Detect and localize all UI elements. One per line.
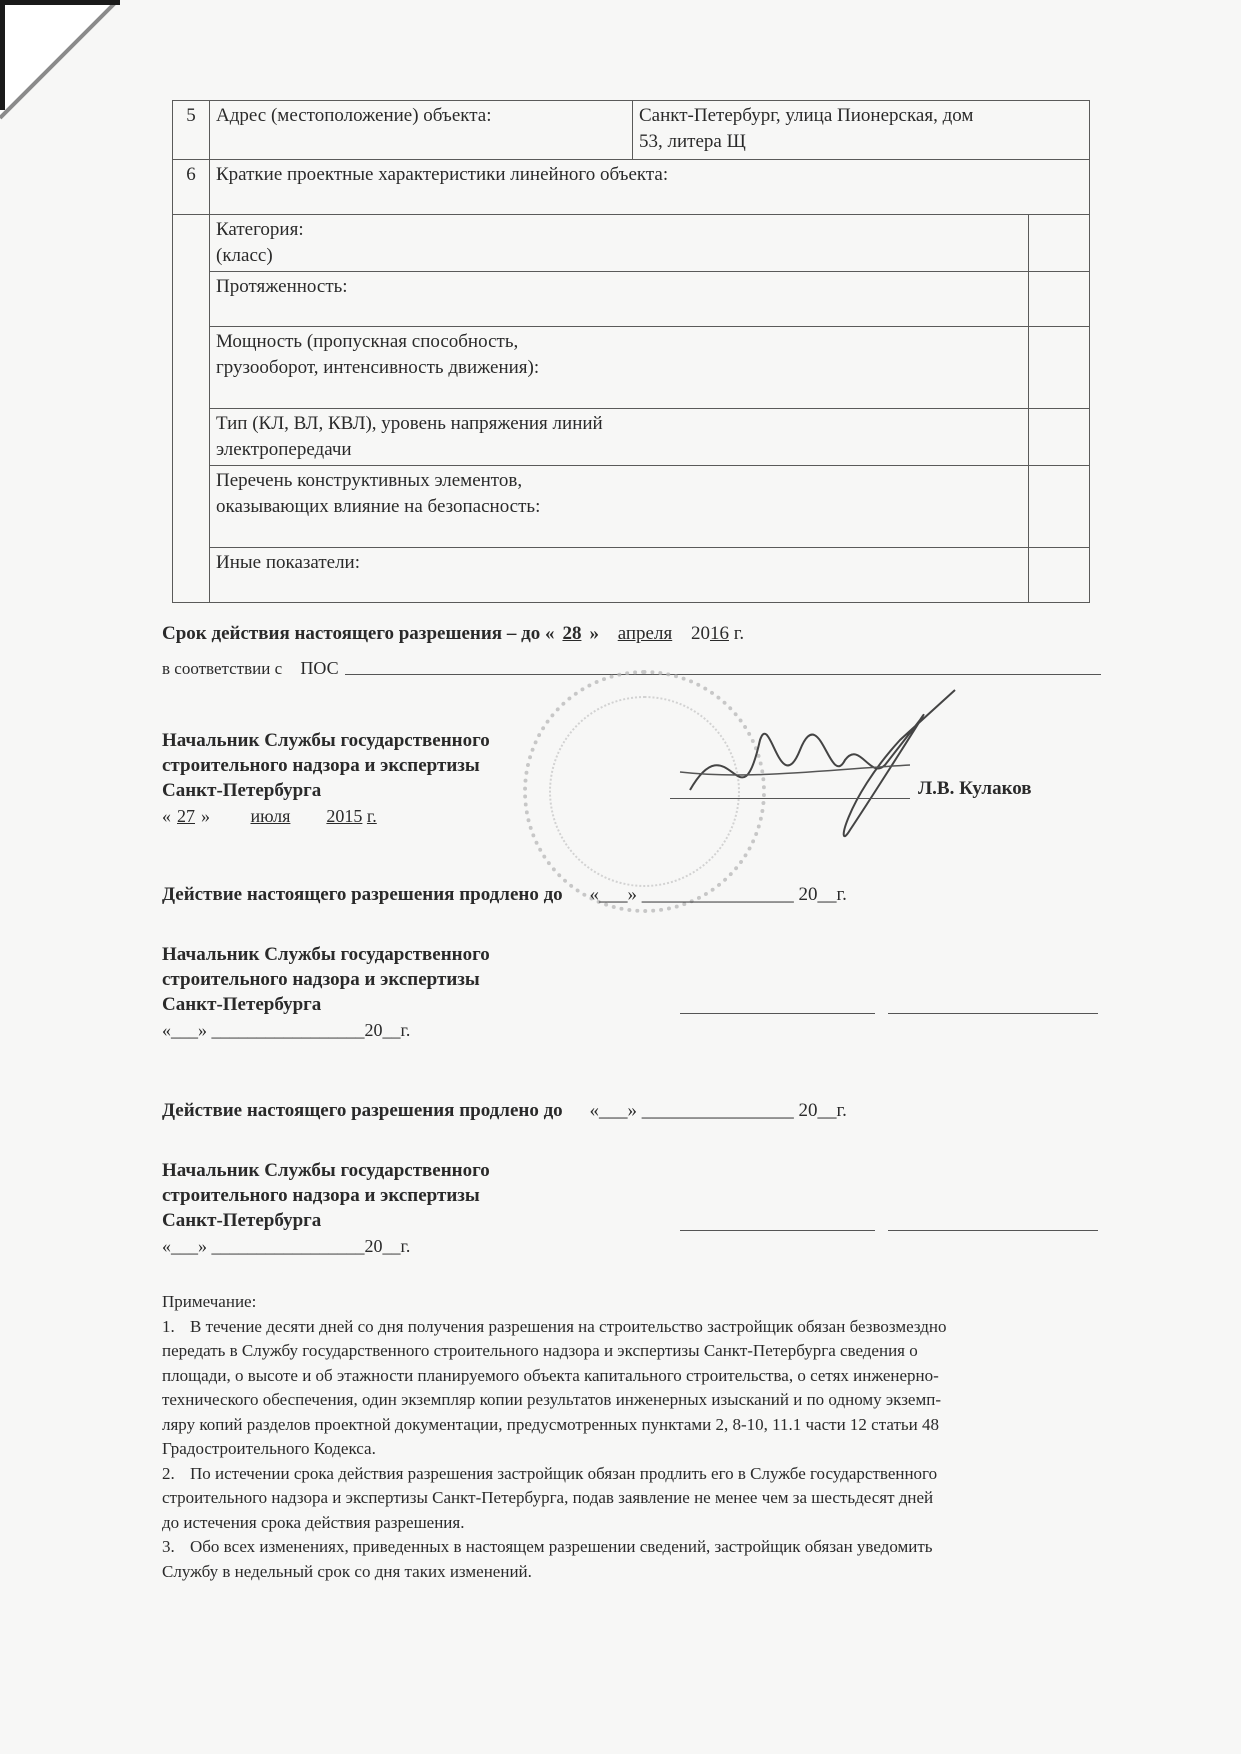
table-row: Мощность (пропускная способность,грузооб… [173,327,1090,409]
characteristic-label: Категория:(класс) [210,215,1029,272]
extension-name-line-1 [888,1013,1098,1014]
extension-statement-2: Действие настоящего разрешения продлено … [162,1100,847,1122]
extension-signer-title-1: Начальник Службы государственного строит… [162,942,490,1017]
accordance-underline [345,674,1101,675]
characteristic-value [1028,409,1089,466]
permit-page: 5 Адрес (местоположение) объекта: Санкт-… [0,0,1241,1754]
validity-statement: Срок действия настоящего разрешения – до… [162,622,744,646]
extension-statement-1: Действие настоящего разрешения продлено … [162,884,847,906]
validity-year: 16 [710,623,729,644]
table-row: Иные показатели: [173,548,1090,603]
characteristic-value [1028,272,1089,327]
characteristic-label: Перечень конструктивных элементов,оказыв… [210,466,1029,548]
folded-corner-icon [0,0,120,120]
signer-name: Л.В. Кулаков [918,778,1032,800]
characteristic-value [1028,215,1089,272]
table-row: Протяженность: [173,272,1090,327]
characteristic-label: Протяженность: [210,272,1029,327]
extension-signature-line-2 [680,1230,875,1231]
permit-characteristics-table: 5 Адрес (местоположение) объекта: Санкт-… [172,100,1090,603]
signature-icon [670,680,960,860]
signer-title: Начальник Службы государственного строит… [162,728,490,803]
extension-sign-date-1: «___» _________________20__г. [162,1020,410,1041]
accordance-statement: в соответствии с ПОС [162,656,339,681]
row-label: Адрес (местоположение) объекта: [210,101,633,160]
row-number: 6 [173,160,210,215]
extension-signer-title-2: Начальник Службы государственного строит… [162,1158,490,1233]
accordance-value: ПОС [286,658,338,678]
characteristic-value [1028,327,1089,409]
table-row: Тип (КЛ, ВЛ, КВЛ), уровень напряжения ли… [173,409,1090,466]
table-row: 6 Краткие проектные характеристики линей… [173,160,1090,215]
row-number: 5 [173,101,210,160]
table-row: Категория:(класс) [173,215,1090,272]
validity-day: 28 [554,623,589,644]
characteristic-label: Мощность (пропускная способность,грузооб… [210,327,1029,409]
row-label: Краткие проектные характеристики линейно… [210,160,1090,215]
signature-underline [670,798,910,799]
notes-section: Примечание: 1.В течение десяти дней со д… [162,1290,1147,1584]
characteristic-label: Иные показатели: [210,548,1029,603]
address-line-1: Санкт-Петербург, улица Пионерская, дом [639,105,973,126]
notes-heading: Примечание: [162,1290,1147,1315]
characteristic-label: Тип (КЛ, ВЛ, КВЛ), уровень напряжения ли… [210,409,1029,466]
table-row: Перечень конструктивных элементов,оказыв… [173,466,1090,548]
note-item-1: 1.В течение десяти дней со дня получения… [162,1315,1147,1462]
note-item-3: 3.Обо всех изменениях, приведенных в нас… [162,1535,1147,1584]
address-line-2: 53, литера Щ [639,131,746,152]
note-item-2: 2.По истечении срока действия разрешения… [162,1462,1147,1536]
characteristic-value [1028,548,1089,603]
extension-name-line-2 [888,1230,1098,1231]
validity-month: апреля [604,623,687,644]
extension-signature-line-1 [680,1013,875,1014]
address-value: Санкт-Петербург, улица Пионерская, дом 5… [633,101,1090,160]
characteristic-value [1028,466,1089,548]
extension-sign-date-2: «___» _________________20__г. [162,1236,410,1257]
signature-date: «27» июля2015 г. [162,806,377,827]
table-row: 5 Адрес (местоположение) объекта: Санкт-… [173,101,1090,160]
row-number-empty [173,215,210,603]
